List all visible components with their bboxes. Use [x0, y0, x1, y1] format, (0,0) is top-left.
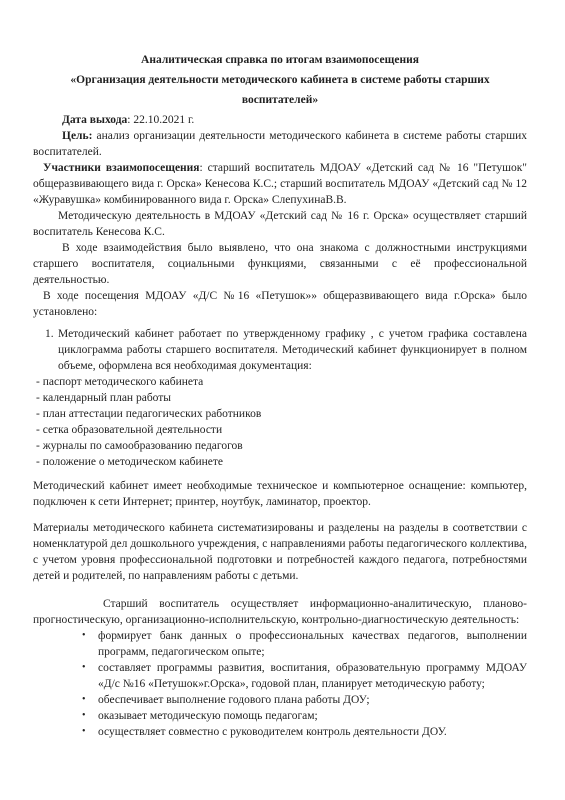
- bullet-text: оказывает методическую помощь педагогам;: [98, 710, 318, 722]
- paragraph-goal: Цель: анализ организации деятельности ме…: [33, 128, 527, 160]
- date-label: Дата выхода: [62, 114, 127, 126]
- paragraph-interaction-findings: В ходе взаимодействия было выявлено, что…: [33, 240, 527, 288]
- numbered-item-1: 1. Методический кабинет работает по утве…: [33, 326, 527, 374]
- bullet-marker: •: [82, 692, 86, 708]
- goal-label: Цель:: [62, 130, 92, 142]
- paragraph-participants: Участники взаимопосещения: старший воспи…: [33, 160, 527, 208]
- paragraph-materials: Материалы методического кабинета система…: [33, 520, 527, 584]
- bullet-text: формирует банк данных о профессиональных…: [98, 630, 527, 658]
- list-item: - календарный план работы: [33, 390, 527, 406]
- bullet-marker: •: [82, 660, 86, 676]
- paragraph-methodical-activity: Методическую деятельность в МДОАУ «Детск…: [33, 208, 527, 240]
- numbered-item-text: Методический кабинет работает по утвержд…: [58, 328, 527, 372]
- bullet-text: обеспечивает выполнение годового плана р…: [98, 694, 370, 706]
- title-line-2: «Организация деятельности методического …: [33, 70, 527, 110]
- document-page: Аналитическая справка по итогам взаимопо…: [0, 0, 565, 800]
- list-item: - положение о методическом кабинете: [33, 454, 527, 470]
- paragraph-date: Дата выхода: 22.10.2021 г.: [33, 112, 527, 128]
- document-content: Аналитическая справка по итогам взаимопо…: [33, 50, 527, 740]
- paragraph-senior-educator: Старший воспитатель осуществляет информа…: [33, 596, 527, 628]
- list-item: - паспорт методического кабинета: [33, 374, 527, 390]
- list-item: - план аттестации педагогических работни…: [33, 406, 527, 422]
- list-item: • осуществляет совместно с руководителем…: [33, 724, 527, 740]
- goal-text: анализ организации деятельности методиче…: [33, 130, 527, 158]
- list-item: • составляет программы развития, воспита…: [33, 660, 527, 692]
- participants-label: Участники взаимопосещения: [43, 162, 200, 174]
- bullet-marker: •: [82, 724, 86, 740]
- date-value: : 22.10.2021 г.: [127, 114, 194, 126]
- documentation-dash-list: - паспорт методического кабинета - кален…: [33, 374, 527, 470]
- document-title: Аналитическая справка по итогам взаимопо…: [33, 50, 527, 110]
- list-item: • оказывает методическую помощь педагога…: [33, 708, 527, 724]
- bullet-text: осуществляет совместно с руководителем к…: [98, 726, 447, 738]
- senior-duties-bullet-list: • формирует банк данных о профессиональн…: [33, 628, 527, 740]
- list-item: • формирует банк данных о профессиональн…: [33, 628, 527, 660]
- paragraph-visit-established: В ходе посещения МДОАУ «Д/С №16 «Петушок…: [33, 288, 527, 320]
- bullet-text: составляет программы развития, воспитани…: [98, 662, 527, 690]
- list-item: - сетка образовательной деятельности: [33, 422, 527, 438]
- bullet-marker: •: [82, 708, 86, 724]
- list-item: • обеспечивает выполнение годового плана…: [33, 692, 527, 708]
- title-line-1: Аналитическая справка по итогам взаимопо…: [33, 50, 527, 70]
- paragraph-equipment: Методический кабинет имеет необходимые т…: [33, 478, 527, 510]
- numbered-item-marker: 1.: [45, 326, 54, 342]
- bullet-marker: •: [82, 628, 86, 644]
- list-item: - журналы по самообразованию педагогов: [33, 438, 527, 454]
